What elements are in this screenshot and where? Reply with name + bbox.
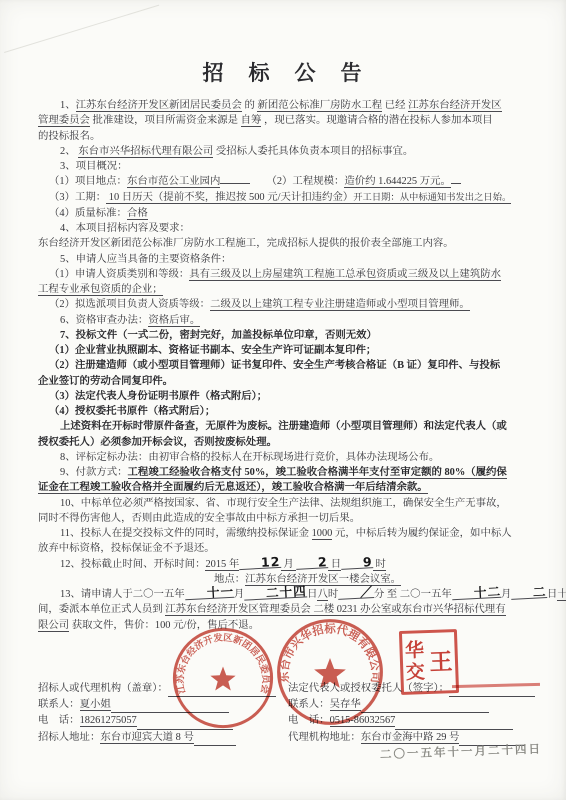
signature-value: 吴存华 <box>330 699 361 711</box>
doc-line: 12、投标截止时间、开标时间：2015 年12 月 2 日9 时 <box>38 557 544 572</box>
doc-text-run: 4、本项目招标内容及要求： <box>60 223 190 234</box>
doc-line: （1）企业营业执照副本、资格证书副本、安全生产许可证副本复印件； <box>38 343 544 358</box>
doc-line: 的投标报名。 <box>38 129 544 144</box>
doc-text-run: 东台市兴华招标代理有限公司 <box>78 146 213 158</box>
doc-text-run: 时 <box>373 559 386 571</box>
doc-text-run <box>451 183 461 184</box>
doc-text-run: （3）工期： <box>49 192 106 203</box>
signature-row: 招标人地址：东台市迎宾大道 8 号 <box>38 730 288 746</box>
doc-text-run: 9、付款方式： <box>60 467 128 478</box>
doc-text-run: 限公司 <box>38 620 69 632</box>
doc-line: （2）注册建造师（或小型项目管理师）证书复印件、安全生产考核合格证（B 证）复印… <box>38 358 544 373</box>
doc-text-run: （1）项目地点： <box>49 176 127 187</box>
doc-line: 9、付款方式：工程竣工经验收合格支付 50%，竣工验收合格满半年支付至审定额的 … <box>38 465 544 480</box>
doc-text-run: 12、投标截止时间、开标时间： <box>60 559 205 570</box>
signature-label: 联系人： <box>38 699 80 710</box>
doc-text-run: 7、投标文件（一式二份，密封完好，加盖投标单位印章，否则无效） <box>60 330 377 341</box>
doc-text-run: 批准建设，项目所需资金来源是 <box>90 115 241 126</box>
doc-line: 授权委托人）必须参加开标会议，否则按废标处理。 <box>38 435 544 450</box>
doc-text-run: 日 <box>328 559 341 571</box>
doc-line: 工程专业承包资质的企业； <box>38 282 544 297</box>
doc-line: 7、投标文件（一式二份，密封完好，加盖投标单位印章，否则无效） <box>38 328 544 343</box>
handwritten-entry: 2 <box>296 557 328 570</box>
doc-text-run: 1000 <box>312 528 333 540</box>
doc-line: 8、评标定标办法：由初审合格的投标人在开标现场进行竞价，具体办法现场公布。 <box>38 450 544 465</box>
doc-text-run: 月 <box>501 589 511 600</box>
doc-text-run: 二级及以上建筑工程专业注册建造师或小型项目管理师。 <box>210 299 470 311</box>
doc-text-run: 同时不得伤害他人，否则由此造成的安全事故由中标方承担一切后果。 <box>38 513 360 524</box>
doc-text-run: （2）注册建造师（或小型项目管理师）证书复印件、安全生产考核合格证（B 证）复印… <box>49 360 500 371</box>
doc-text-run: 元，中标后转为履约保证金，如中标人 <box>332 528 511 539</box>
doc-text-run: 日 <box>307 589 317 600</box>
doc-line: 管理委员会 批准建设，项目所需资金来源是 自筹 ，现已落实。现邀请合格的潜在投标… <box>38 113 544 128</box>
doc-line: 4、本项目招标内容及要求： <box>38 221 544 236</box>
doc-line: 11、投标人在提交投标文件的同时，需缴纳投标保证金 1000 元，中标后转为履约… <box>38 526 544 541</box>
signature-blank-underline <box>395 718 513 730</box>
doc-line: 企业签订的劳动合同复印件。 <box>38 374 544 389</box>
signature-label: 招标人或代理机构（盖章）： <box>38 683 168 694</box>
doc-text-run: 企业签订的劳动合同复印件。 <box>38 376 173 387</box>
signature-value: 0515-86032567 <box>330 715 396 727</box>
doc-text-run: 间，委派本单位正式人员到 <box>38 604 165 615</box>
signature-row: 招标人或代理机构（盖章）： <box>38 681 288 697</box>
doc-text-run: 日 <box>547 589 557 600</box>
doc-text-run: 江苏东台经济开发区一楼会议室。 <box>245 574 401 586</box>
handwritten-entry: 二 <box>511 587 547 600</box>
doc-line: （3）法定代表人身份证明书原件（格式附后）； <box>38 389 544 404</box>
doc-text-run: 月 <box>234 589 244 600</box>
doc-text-run: （1）申请人资质类别和等级： <box>49 269 189 280</box>
signature-blank-underline <box>449 685 535 697</box>
doc-text-run: 受招标人委托具体负责本项目的招标事宜。 <box>213 146 413 157</box>
signature-blank-underline <box>137 718 233 730</box>
signature-block: 招标人或代理机构（盖章）：联系人：夏小姐电 话：18261275057招标人地址… <box>38 681 544 746</box>
handwritten-entry: 12 <box>239 556 281 569</box>
doc-text-run: 时 <box>328 589 338 600</box>
signature-row: 联系人：夏小姐 <box>38 697 288 713</box>
doc-line: 2、 东台市兴华招标代理有限公司 受招标人委托具体负责本项目的招标事宜。 <box>38 144 544 159</box>
doc-text-run: ，现已落实。现邀请合格的潜在投标人参加本项目 <box>261 115 492 126</box>
doc-text-run: （1）企业营业执照副本、资格证书副本、安全生产许可证副本复印件； <box>49 345 376 356</box>
handwritten-entry: 十二 <box>451 587 501 601</box>
signature-right-column: 法定代表人或授权委托人（签字）：联系人：吴存华电 话：0515-86032567… <box>288 681 544 746</box>
doc-text-run <box>220 183 250 184</box>
doc-text-run: 5、申请人应当具备的主要资格条件： <box>60 254 231 265</box>
doc-text-run: 具有三级及以上房屋建筑工程施工总承包资质或三级及以上建筑防水 <box>189 269 501 281</box>
doc-text-run: 管理委员会 <box>38 115 90 127</box>
doc-text-run: 开工日期：从中标通知书发出之日始。 <box>353 193 511 204</box>
signature-left-column: 招标人或代理机构（盖章）：联系人：夏小姐电 话：18261275057招标人地址… <box>38 681 288 746</box>
scan-artifact-line <box>4 5 159 53</box>
doc-text-run: 2、 <box>60 146 78 157</box>
page-title: 招 标 公 告 <box>0 57 566 87</box>
doc-text-run: 江苏东台经济开发区 <box>408 100 502 112</box>
handwritten-entry: 十一 <box>184 587 234 601</box>
doc-text-run: 江苏东台经济开发区管理委员会 二楼 0231 办公室或东台市兴华招标代理有 <box>165 604 505 616</box>
handwritten-entry: ／ <box>338 587 374 600</box>
doc-text-run: （2）工程规模： <box>266 176 344 187</box>
doc-text-run: 的 <box>242 100 258 111</box>
scanned-document-page: 招 标 公 告 1、江苏东台经济开发区新团居民委员会 的 新团范公标准厂房防水工… <box>0 0 566 800</box>
handwritten-entry: 二十四 <box>244 586 307 600</box>
doc-line: 上述资料在开标时带原件备查，无原件为废标。注册建造师（小型项目管理师）和法定代表… <box>38 419 544 434</box>
doc-line: 3、项目概况： <box>38 159 544 174</box>
doc-text-run: 放弃中标资格，投标保证金不予退还。 <box>38 543 215 554</box>
handwritten-entry: 9 <box>341 557 373 570</box>
doc-text-run: 的投标报名。 <box>38 131 100 142</box>
doc-text-run: 8、评标定标办法：由初审合格的投标人在开标现场进行竞价，具体办法现场公布。 <box>60 452 439 463</box>
signature-blank-underline <box>111 701 229 713</box>
signature-label: 招标人地址： <box>38 732 100 743</box>
doc-text-run: 合格 <box>127 208 148 220</box>
name-stamp-char: 华 <box>405 640 425 663</box>
signature-row: 电 话：0515-86032567 <box>288 713 544 729</box>
doc-text-run: 新团范公标准厂房防水工程 <box>257 100 382 112</box>
doc-line: 限公司 获取文件，售价：100 元/份，售后不退。 <box>38 618 544 633</box>
signature-value: 东台市迎宾大道 8 号 <box>100 732 194 744</box>
doc-text-run: 已经 <box>382 100 408 111</box>
doc-text-run: 2015 年 <box>205 559 239 571</box>
signature-label: 电 话： <box>288 715 330 726</box>
doc-text-run: 十八 <box>557 589 566 601</box>
doc-text-run: 东台市范公工业园内 <box>127 176 221 188</box>
signature-value: 18261275057 <box>80 715 137 727</box>
doc-text-run: （2）拟选派项目负责人资质等级： <box>49 299 210 310</box>
signature-blank-underline <box>361 701 489 713</box>
signature-row: 法定代表人或授权委托人（签字）： <box>288 681 544 697</box>
doc-text-run: 3、项目概况： <box>60 161 128 172</box>
doc-text-run: （4）授权委托书原件（格式附后）； <box>49 406 215 417</box>
doc-text-run: 上述资料在开标时带原件备查，无原件为废标。注册建造师（小型项目管理师）和法定代表… <box>60 421 507 432</box>
doc-text-run: 10、中标单位必须严格按国家、省、市现行安全生产法律、法规组织施工，确保安全生产… <box>60 498 507 509</box>
document-body: 1、江苏东台经济开发区新团居民委员会 的 新团范公标准厂房防水工程 已经 江苏东… <box>38 98 544 633</box>
doc-text-run: 工程竣工经验收合格支付 50%，竣工验收合格满半年支付至审定额的 80%（履约保 <box>128 467 507 479</box>
doc-text-run: 分 至 二〇一五年 <box>374 589 452 600</box>
doc-line: 10、中标单位必须严格按国家、省、市现行安全生产法律、法规组织施工，确保安全生产… <box>38 496 544 511</box>
signature-value: 东台市金海中路 29 号 <box>361 732 460 744</box>
doc-line: 放弃中标资格，投标保证金不予退还。 <box>38 541 544 556</box>
doc-line: （3）工期： 10 日历天（提前不奖，推迟按 500 元/天计扣违约金）开工日期… <box>38 190 544 206</box>
doc-text-run: 10 日历天（提前不奖，推迟按 500 元/天计扣违约金） <box>106 192 353 204</box>
doc-text-run: 江苏东台经济开发区新团居民委员会 <box>76 100 242 112</box>
signature-label: 电 话： <box>38 715 80 726</box>
signature-blank-underline <box>168 685 276 697</box>
doc-line: 13、请申请人于二〇一五年十一月二十四日八时／分 至 二〇一五年十二月二日十八时… <box>38 587 544 602</box>
doc-text-run: 授权委托人）必须参加开标会议，否则按废标处理。 <box>38 437 277 448</box>
doc-text-run: 自筹 <box>241 115 262 127</box>
signature-row: 联系人：吴存华 <box>288 697 544 713</box>
signature-blank-underline <box>194 734 236 746</box>
doc-text-run: 获取文件，售价：100 元/份，售后不退。 <box>69 620 259 631</box>
doc-text-run: 造价约 1.644225 万元。 <box>344 176 451 188</box>
doc-text-run: 13、请申请人于二〇一五年 <box>60 589 185 600</box>
doc-line: （1）申请人资质类别和等级：具有三级及以上房屋建筑工程施工总承包资质或三级及以上… <box>38 267 544 282</box>
signature-label: 法定代表人或授权委托人（签字）： <box>288 683 449 694</box>
doc-text-run: 工程专业承包资质的企业； <box>38 284 163 296</box>
signature-label: 代理机构地址： <box>288 732 361 743</box>
doc-line: 间，委派本单位正式人员到 江苏东台经济开发区管理委员会 二楼 0231 办公室或… <box>38 602 544 617</box>
signature-row: 电 话：18261275057 <box>38 713 288 729</box>
doc-text-run: 八 <box>317 589 327 601</box>
doc-text-run: 11、投标人在提交投标文件的同时，需缴纳投标保证金 <box>60 528 312 539</box>
doc-line: （4）授权委托书原件（格式附后）； <box>38 404 544 419</box>
doc-text-run: （3）法定代表人身份证明书原件（格式附后）； <box>49 391 267 402</box>
doc-line: 5、申请人应当具备的主要资格条件： <box>38 252 544 267</box>
doc-line: 证金在工程竣工验收合格并全面履约后无息返还），竣工验收合格满一年后结清余款。 <box>38 480 544 495</box>
doc-text-run: 1、 <box>60 100 76 111</box>
doc-text-run: 6、资格审查办法： <box>60 315 148 326</box>
doc-line: （4）质量标准：合格 <box>38 206 544 221</box>
doc-text-run: 月 <box>281 559 297 571</box>
doc-line: 1、江苏东台经济开发区新团居民委员会 的 新团范公标准厂房防水工程 已经 江苏东… <box>38 98 544 113</box>
name-stamp-char: 王 <box>429 650 453 674</box>
doc-line: （1）项目地点：东台市范公工业园内（2）工程规模：造价约 1.644225 万元… <box>38 174 544 189</box>
doc-line: （2）拟选派项目负责人资质等级：二级及以上建筑工程专业注册建造师或小型项目管理师… <box>38 297 544 312</box>
signature-value: 夏小姐 <box>80 699 111 711</box>
doc-text-run: （4）质量标准： <box>49 208 127 219</box>
doc-text-run: 东台经济开发区新团范公标准厂房防水工程施工，完成招标人提供的报价表全部施工内容。 <box>38 238 454 249</box>
doc-line: 东台经济开发区新团范公标准厂房防水工程施工，完成招标人提供的报价表全部施工内容。 <box>38 236 544 251</box>
doc-line: 6、资格审查办法：资格后审。 <box>38 313 544 328</box>
doc-line: 同时不得伤害他人，否则由此造成的安全事故由中标方承担一切后果。 <box>38 511 544 526</box>
signature-label: 联系人： <box>288 699 330 710</box>
doc-text-run: 证金在工程竣工验收合格并全面履约后无息返还），竣工验收合格满一年后结清余款。 <box>38 482 428 494</box>
doc-text-run: 资格后审。 <box>148 315 200 327</box>
